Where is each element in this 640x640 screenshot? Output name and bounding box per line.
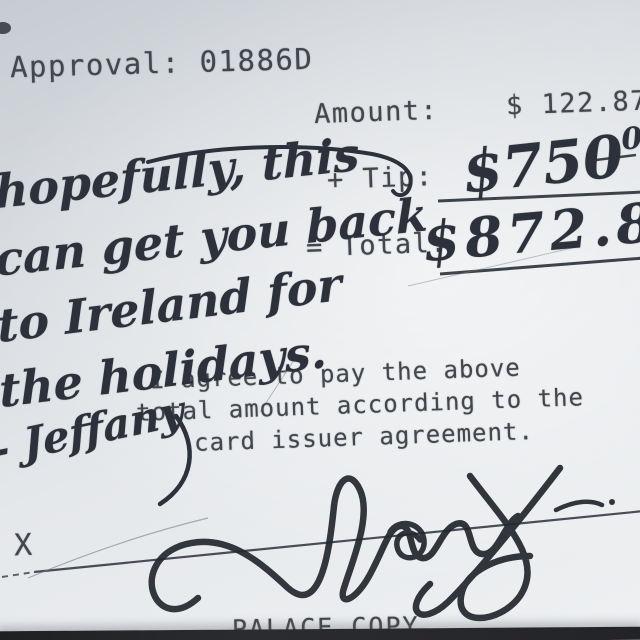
signoff-flourish	[160, 416, 190, 504]
signature-dot	[609, 499, 615, 505]
receipt-photo: Approval: 01886D Amount: $ 122.87 + Tip:…	[0, 0, 640, 640]
note-flourish-stroke	[148, 147, 411, 195]
signature-end-stroke	[556, 502, 602, 510]
signature-ink-layer	[0, 0, 640, 640]
signature-scrawl	[152, 468, 615, 618]
